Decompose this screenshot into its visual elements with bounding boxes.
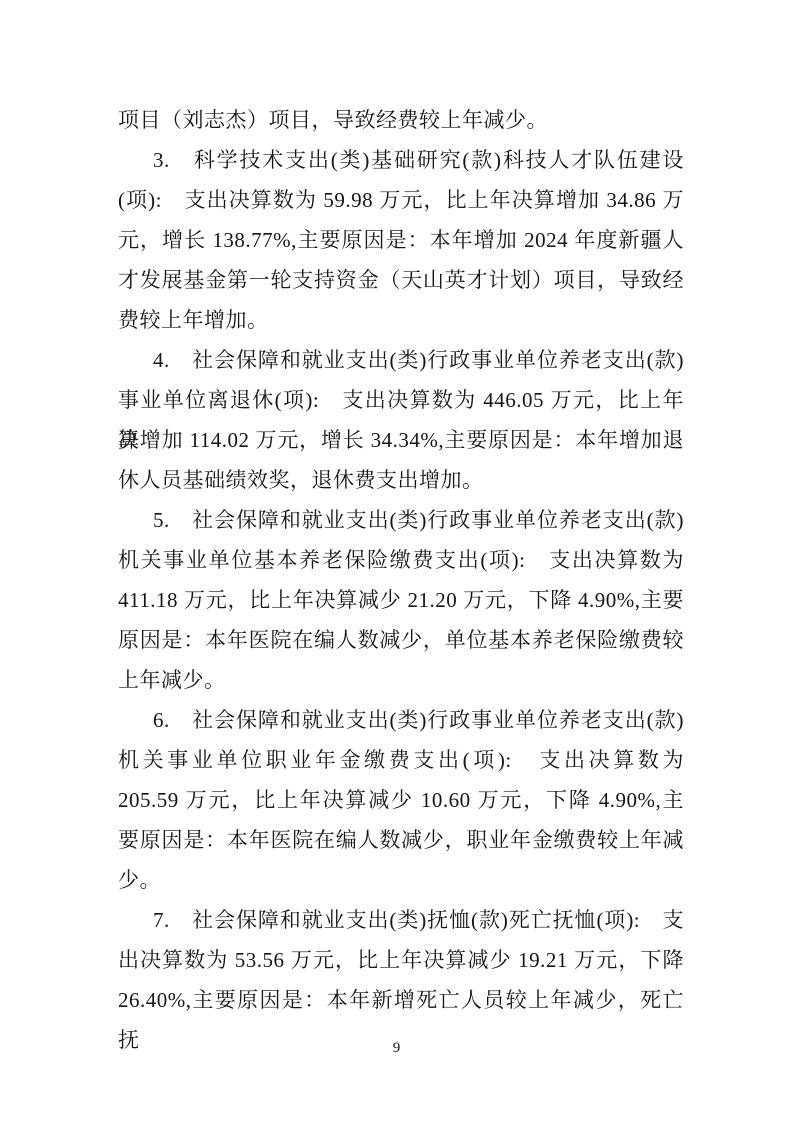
text-line: 26.40%,主要原因是：本年新增死亡人员较上年减少，死亡抚 <box>118 980 684 1020</box>
text-line: 原因是：本年医院在编人数减少，单位基本养老保险缴费较 <box>118 620 684 660</box>
text-line: (项): 支出决算数为 59.98 万元，比上年决算增加 34.86 万 <box>118 180 684 220</box>
text-line: 205.59 万元，比上年决算减少 10.60 万元，下降 4.90%,主 <box>118 780 684 820</box>
text-line: 5. 社会保障和就业支出(类)行政事业单位养老支出(款) <box>118 500 684 540</box>
text-line: 才发展基金第一轮支持资金（天山英才计划）项目，导致经 <box>118 260 684 300</box>
text-line: 事业单位离退休(项): 支出决算数为 446.05 万元，比上年决 <box>118 380 684 420</box>
text-line: 7. 社会保障和就业支出(类)抚恤(款)死亡抚恤(项): 支 <box>118 900 684 940</box>
document-page: 项目（刘志杰）项目，导致经费较上年减少。3. 科学技术支出(类)基础研究(款)科… <box>0 0 793 1122</box>
text-line: 算增加 114.02 万元，增长 34.34%,主要原因是：本年增加退 <box>118 420 684 460</box>
text-line: 6. 社会保障和就业支出(类)行政事业单位养老支出(款) <box>118 700 684 740</box>
text-line: 4. 社会保障和就业支出(类)行政事业单位养老支出(款) <box>118 340 684 380</box>
text-line: 机关事业单位职业年金缴费支出(项): 支出决算数为 <box>118 740 684 780</box>
text-line: 出决算数为 53.56 万元，比上年决算减少 19.21 万元，下降 <box>118 940 684 980</box>
text-line: 少。 <box>118 860 684 900</box>
text-line: 上年减少。 <box>118 660 684 700</box>
text-line: 要原因是：本年医院在编人数减少，职业年金缴费较上年减 <box>118 820 684 860</box>
text-line: 元，增长 138.77%,主要原因是：本年增加 2024 年度新疆人 <box>118 220 684 260</box>
text-line: 费较上年增加。 <box>118 300 684 340</box>
text-line: 3. 科学技术支出(类)基础研究(款)科技人才队伍建设 <box>118 140 684 180</box>
text-line: 项目（刘志杰）项目，导致经费较上年减少。 <box>118 100 684 140</box>
text-line: 机关事业单位基本养老保险缴费支出(项): 支出决算数为 <box>118 540 684 580</box>
text-block: 项目（刘志杰）项目，导致经费较上年减少。3. 科学技术支出(类)基础研究(款)科… <box>118 100 684 1020</box>
page-number: 9 <box>0 1038 793 1058</box>
text-line: 休人员基础绩效奖，退休费支出增加。 <box>118 460 684 500</box>
text-line: 411.18 万元，比上年决算减少 21.20 万元，下降 4.90%,主要 <box>118 580 684 620</box>
